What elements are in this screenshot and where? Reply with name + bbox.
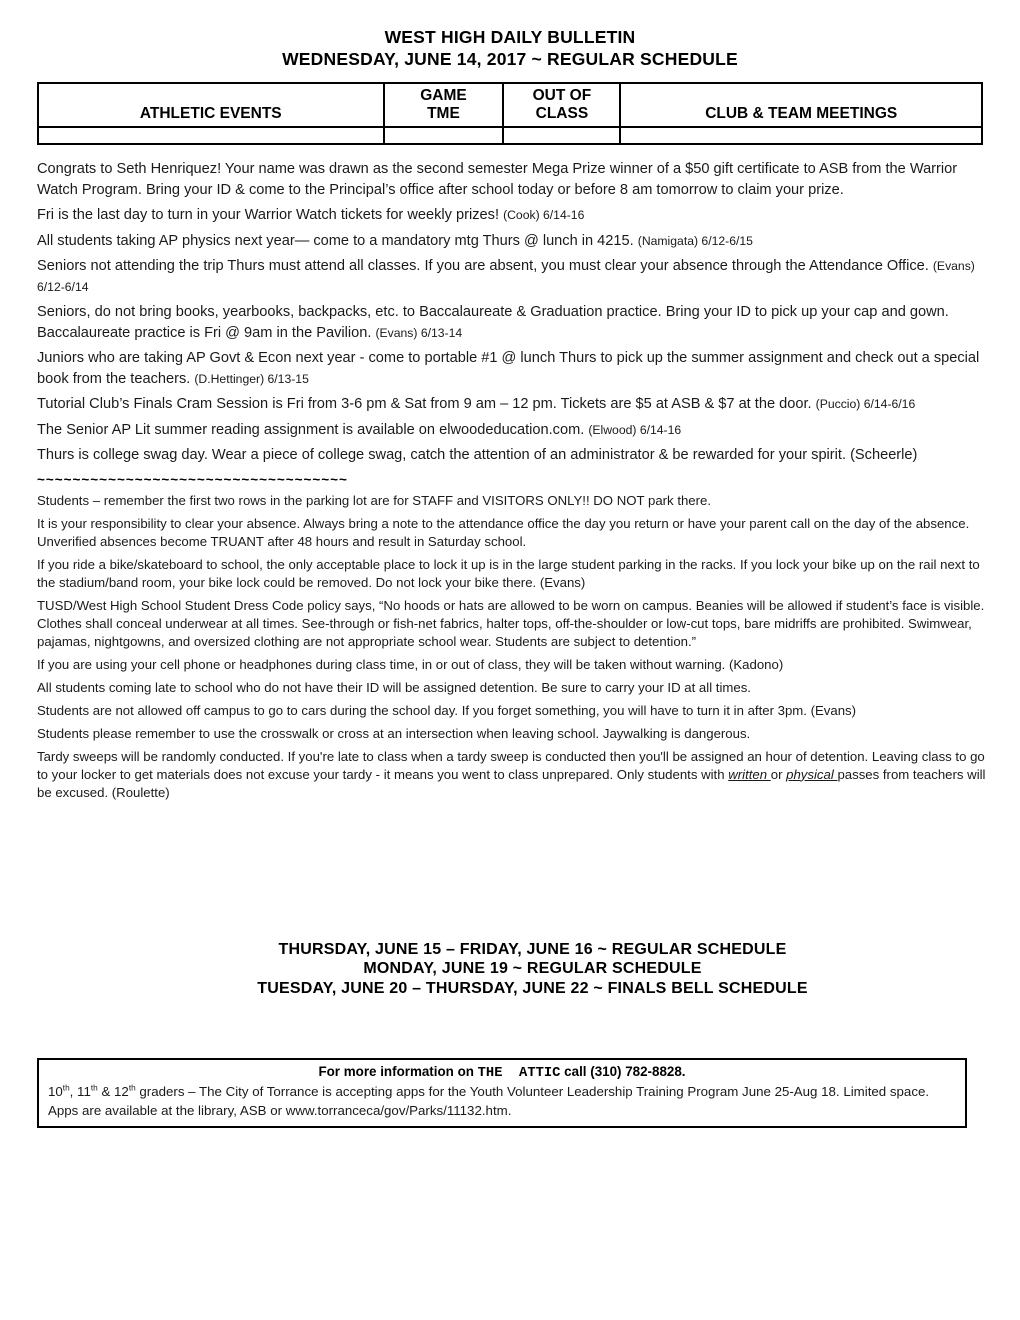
schedule-line: TUESDAY, JUNE 20 – THURSDAY, JUNE 22 ~ F…	[82, 979, 983, 999]
column-header-club-team-meetings: CLUB & TEAM MEETINGS	[620, 83, 982, 127]
notice-paragraph: Tardy sweeps will be randomly conducted.…	[37, 748, 989, 802]
empty-cell	[503, 127, 620, 144]
empty-cell	[384, 127, 504, 144]
notices-section: Students – remember the first two rows i…	[37, 492, 989, 802]
schedule-line: THURSDAY, JUNE 15 – FRIDAY, JUNE 16 ~ RE…	[82, 940, 983, 960]
announcement-paragraph-text: Tutorial Club’s Finals Cram Session is F…	[37, 396, 816, 412]
attic-info-box: For more information on THE ATTIC call (…	[37, 1058, 967, 1128]
notice-paragraph: It is your responsibility to clear your …	[37, 515, 989, 551]
notice-paragraph-text: Students are not allowed off campus to g…	[37, 703, 856, 718]
announcement-paragraph: Thurs is college swag day. Wear a piece …	[37, 445, 983, 466]
attic-title-text: call (310) 782-8828.	[560, 1064, 685, 1079]
notice-paragraph-iu: physical	[786, 767, 837, 782]
announcement-paragraph: Fri is the last day to turn in your Warr…	[37, 205, 983, 226]
announcement-paragraph-cite: (Evans) 6/13-14	[375, 326, 462, 340]
announcement-paragraph: Seniors not attending the trip Thurs mus…	[37, 256, 983, 297]
upcoming-schedule-block: THURSDAY, JUNE 15 – FRIDAY, JUNE 16 ~ RE…	[82, 940, 983, 999]
bulletin-page: WEST HIGH DAILY BULLETIN WEDNESDAY, JUNE…	[0, 0, 1020, 998]
announcement-paragraph: Congrats to Seth Henriquez! Your name wa…	[37, 159, 983, 200]
notice-paragraph-text: If you are using your cell phone or head…	[37, 657, 783, 672]
notice-paragraph-text: All students coming late to school who d…	[37, 680, 751, 695]
attic-line-text: & 12	[98, 1084, 129, 1099]
attic-line-sup: th	[63, 1084, 70, 1093]
notice-paragraph: Students are not allowed off campus to g…	[37, 702, 989, 720]
attic-line-sup: th	[91, 1084, 98, 1093]
notice-paragraph-text: Students – remember the first two rows i…	[37, 493, 711, 508]
announcement-paragraph-text: Juniors who are taking AP Govt & Econ ne…	[37, 350, 979, 387]
announcement-paragraph-text: Thurs is college swag day. Wear a piece …	[37, 447, 917, 463]
announcement-paragraph-cite: (Namigata) 6/12-6/15	[638, 234, 753, 248]
attic-line-text: graders – The City of Torrance is accept…	[136, 1084, 929, 1099]
notice-paragraph: If you ride a bike/skateboard to school,…	[37, 556, 989, 592]
notice-paragraph-text: It is your responsibility to clear your …	[37, 516, 969, 549]
attic-info-line: 10th, 11th & 12th graders – The City of …	[48, 1083, 956, 1102]
notice-paragraph: Students – remember the first two rows i…	[37, 492, 989, 510]
page-subtitle: WEDNESDAY, JUNE 14, 2017 ~ REGULAR SCHED…	[37, 48, 983, 70]
announcement-paragraph-text: Seniors, do not bring books, yearbooks, …	[37, 304, 949, 341]
attic-info-line: Apps are available at the library, ASB o…	[48, 1102, 956, 1121]
announcement-paragraph-text: Congrats to Seth Henriquez! Your name wa…	[37, 161, 957, 198]
notice-paragraph-text: TUSD/West High School Student Dress Code…	[37, 598, 984, 649]
notice-paragraph-text: or	[771, 767, 786, 782]
events-table: ATHLETIC EVENTS GAME TME OUT OF CLASS CL…	[37, 82, 983, 145]
announcement-paragraph: Tutorial Club’s Finals Cram Session is F…	[37, 394, 983, 415]
notice-paragraph: All students coming late to school who d…	[37, 679, 989, 697]
notice-paragraph-text: Students please remember to use the cros…	[37, 726, 750, 741]
announcement-paragraph: The Senior AP Lit summer reading assignm…	[37, 420, 983, 441]
column-header-athletic-events: ATHLETIC EVENTS	[38, 83, 384, 127]
notice-paragraph: TUSD/West High School Student Dress Code…	[37, 597, 989, 651]
attic-title-mono: THE ATTIC	[478, 1066, 561, 1081]
announcement-paragraph-cite: (Puccio) 6/14-6/16	[816, 397, 916, 411]
announcement-paragraph-cite: (D.Hettinger) 6/13-15	[194, 372, 308, 386]
page-title: WEST HIGH DAILY BULLETIN	[37, 26, 983, 48]
events-table-empty-row	[38, 127, 982, 144]
announcement-paragraph: Juniors who are taking AP Govt & Econ ne…	[37, 348, 983, 389]
notice-paragraph: If you are using your cell phone or head…	[37, 656, 989, 674]
column-header-out-of-class: OUT OF CLASS	[503, 83, 620, 127]
announcement-paragraph-text: Seniors not attending the trip Thurs mus…	[37, 258, 933, 274]
attic-title-text: For more information on	[318, 1064, 477, 1079]
column-header-game-time: GAME TME	[384, 83, 504, 127]
announcement-paragraph-text: The Senior AP Lit summer reading assignm…	[37, 422, 588, 438]
attic-info-body: 10th, 11th & 12th graders – The City of …	[48, 1083, 956, 1120]
empty-cell	[38, 127, 384, 144]
tilde-divider: ~~~~~~~~~~~~~~~~~~~~~~~~~~~~~~~~~~~	[37, 471, 983, 489]
notice-paragraph-text: If you ride a bike/skateboard to school,…	[37, 557, 980, 590]
attic-line-text: 10	[48, 1084, 63, 1099]
attic-line-text: Apps are available at the library, ASB o…	[48, 1103, 511, 1118]
schedule-line: MONDAY, JUNE 19 ~ REGULAR SCHEDULE	[82, 959, 983, 979]
announcement-paragraph-cite: (Cook) 6/14-16	[503, 208, 584, 222]
announcement-paragraph-text: Fri is the last day to turn in your Warr…	[37, 207, 503, 223]
announcement-paragraph-text: All students taking AP physics next year…	[37, 233, 638, 249]
events-table-header-row: ATHLETIC EVENTS GAME TME OUT OF CLASS CL…	[38, 83, 982, 127]
notice-paragraph: Students please remember to use the cros…	[37, 725, 989, 743]
notice-paragraph-iu: written	[728, 767, 771, 782]
announcements-section: Congrats to Seth Henriquez! Your name wa…	[37, 159, 983, 466]
announcement-paragraph-cite: (Elwood) 6/14-16	[588, 423, 681, 437]
empty-cell	[620, 127, 982, 144]
announcement-paragraph: All students taking AP physics next year…	[37, 231, 983, 252]
attic-line-text: , 11	[70, 1084, 91, 1099]
announcement-paragraph: Seniors, do not bring books, yearbooks, …	[37, 302, 983, 343]
attic-line-sup: th	[129, 1084, 136, 1093]
attic-info-title: For more information on THE ATTIC call (…	[48, 1063, 956, 1083]
